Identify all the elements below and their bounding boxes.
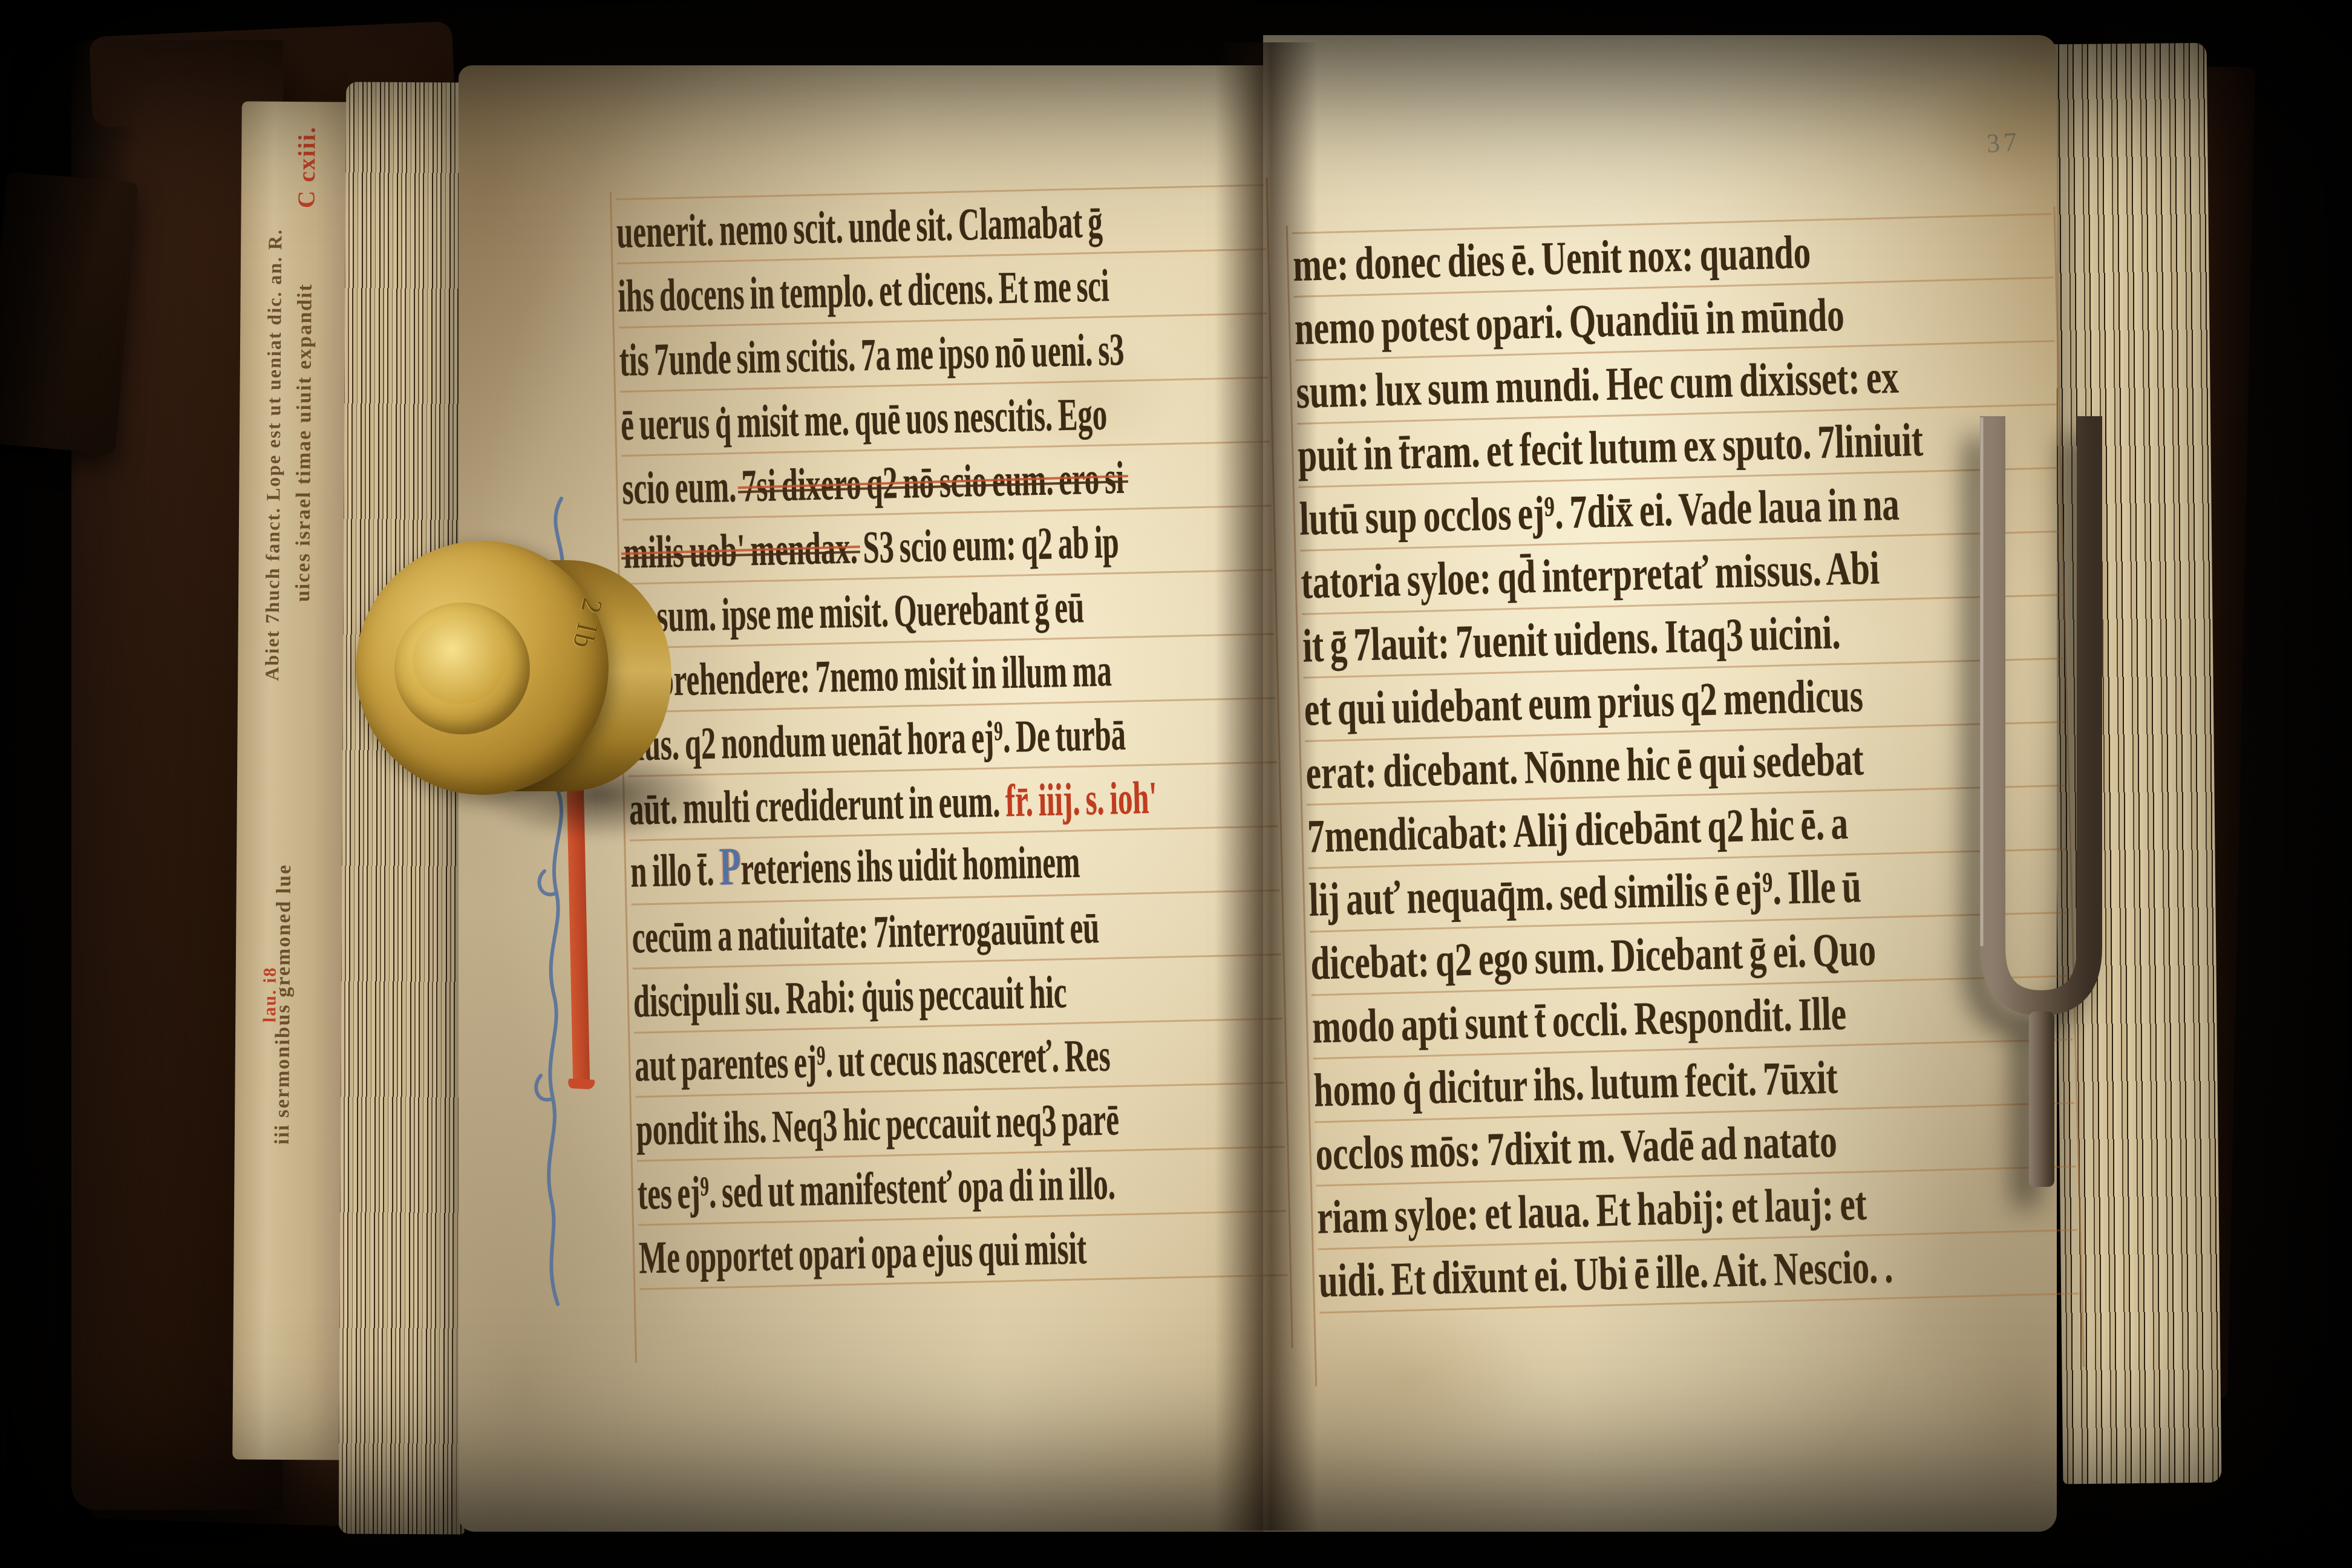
gospel-text: dicebat: q2 ego sum. Dicebant ḡ ei. Quo xyxy=(1310,923,1876,990)
spine-text-fragment: Abiet 7huch fanct. Lope est ut ueniat di… xyxy=(261,229,286,681)
gospel-text: puit in t̄ram. et fecit lutum ex sputo. … xyxy=(1297,413,1924,482)
gospel-text: uidi. Et dix̄unt ei. Ubi ē ille. Ait. Ne… xyxy=(1318,1240,1893,1307)
gospel-text: nemo potest opari. Quandiū in mūndo xyxy=(1294,288,1845,354)
rubric-text: fr̄. iiij. s. ioh' xyxy=(1005,773,1158,826)
gospel-text: homo q̇ dicitur ihs. lutum fecit. 7ūxit xyxy=(1313,1051,1838,1117)
gospel-text: uenerit. nemo scit. unde sit. Clamabat ḡ xyxy=(616,196,1103,258)
fork-handle xyxy=(2029,1011,2054,1187)
brass-book-weight: 2 lb xyxy=(339,531,702,882)
gospel-text: cecūm a natiuitate: 7interrogauūnt eū xyxy=(632,902,1100,963)
gospel-text: lutū sup occlos ej⁹. 7dix̄ ei. Vade laua… xyxy=(1299,477,1900,545)
folio-number: 37 xyxy=(1985,126,2021,159)
gospel-text: sum: lux sum mundi. Hec cum dixisset: ex xyxy=(1296,350,1900,418)
gospel-text: erat: dicebant. Nōnne hic ē qui sedebat xyxy=(1305,732,1864,799)
gospel-text: scio eum. xyxy=(622,461,742,514)
right-text-block: me: donec dies ē. Uenit nox: quandonemo … xyxy=(1292,213,2079,1313)
gospel-text: S3 scio eum: q2 ab ip xyxy=(857,517,1120,573)
gospel-text: tes ej⁹. sed ut manifestenť opa di in il… xyxy=(637,1158,1116,1219)
gospel-text: aut parentes ej⁹. ut cecus nascereť. Res xyxy=(634,1030,1111,1091)
spine-text-fragment: uices israel timae uiuit expandit xyxy=(292,283,317,602)
gospel-text: tis 7unde sim scitis. 7a me ipso nō ueni… xyxy=(619,324,1125,386)
gospel-text: occlos mōs: 7dixit m. Vadē ad natato xyxy=(1315,1114,1837,1180)
photo-of-medieval-manuscript: C cxiii.uices israel timae uiuit expandi… xyxy=(0,0,2352,1568)
gospel-text: 7mendicabat: Alij dicebānt q2 hic ē. a xyxy=(1307,796,1849,863)
gospel-text: it ḡ 7lauit: 7uenit uidens. Itaq3 uicini… xyxy=(1302,606,1841,671)
tuning-fork xyxy=(1970,415,2115,1195)
struck-through-text: 7si dixero q2 nō scio eum. ero si xyxy=(741,452,1125,513)
gospel-text: et qui uidebant eum prius q2 mendicus xyxy=(1304,668,1864,735)
exposed-page-edge-with-vertical-text: C cxiii.uices israel timae uiuit expandi… xyxy=(232,101,350,1460)
leather-clasp-strap xyxy=(0,171,139,454)
gospel-text: ē uerus q̇ misit me. quē uos nescitis. E… xyxy=(620,388,1108,450)
left-text-block: uenerit. nemo scit. unde sit. Clamabat ḡ… xyxy=(616,185,1288,1290)
gospel-text: riam syloe: et laua. Et habij: et lauj: … xyxy=(1316,1177,1867,1244)
gospel-text: discipuli su. Rabi: q̇uis peccauit hic xyxy=(633,967,1067,1027)
weight-knob-top xyxy=(413,616,506,704)
gospel-text: Me opportet opari opa ejus qui misit xyxy=(638,1223,1087,1283)
gospel-text: lij auť nequaq̄m. sed similis ē ej⁹. Ill… xyxy=(1308,860,1862,926)
fork-prongs xyxy=(1993,416,2089,1003)
gospel-text: modo apti sunt t̄ occli. Respondit. Ille xyxy=(1312,987,1847,1053)
gospel-text: me: donec dies ē. Uenit nox: quando xyxy=(1292,225,1811,291)
spine-text-fragment: lau. i8 xyxy=(260,967,281,1023)
gospel-text: ihs docens in templo. et dicens. Et me s… xyxy=(618,260,1110,322)
decorated-initial-p: P xyxy=(719,837,741,897)
spine-text-fragment: C cxiii. xyxy=(292,126,321,208)
gospel-text: reteriens ihs uidit hominem xyxy=(740,837,1081,895)
gospel-text: pondit ihs. Neq3 hic peccauit neq3 parē xyxy=(636,1094,1120,1155)
gospel-text: tatoria syloe: qd̄ interpretať missus. A… xyxy=(1301,541,1880,609)
